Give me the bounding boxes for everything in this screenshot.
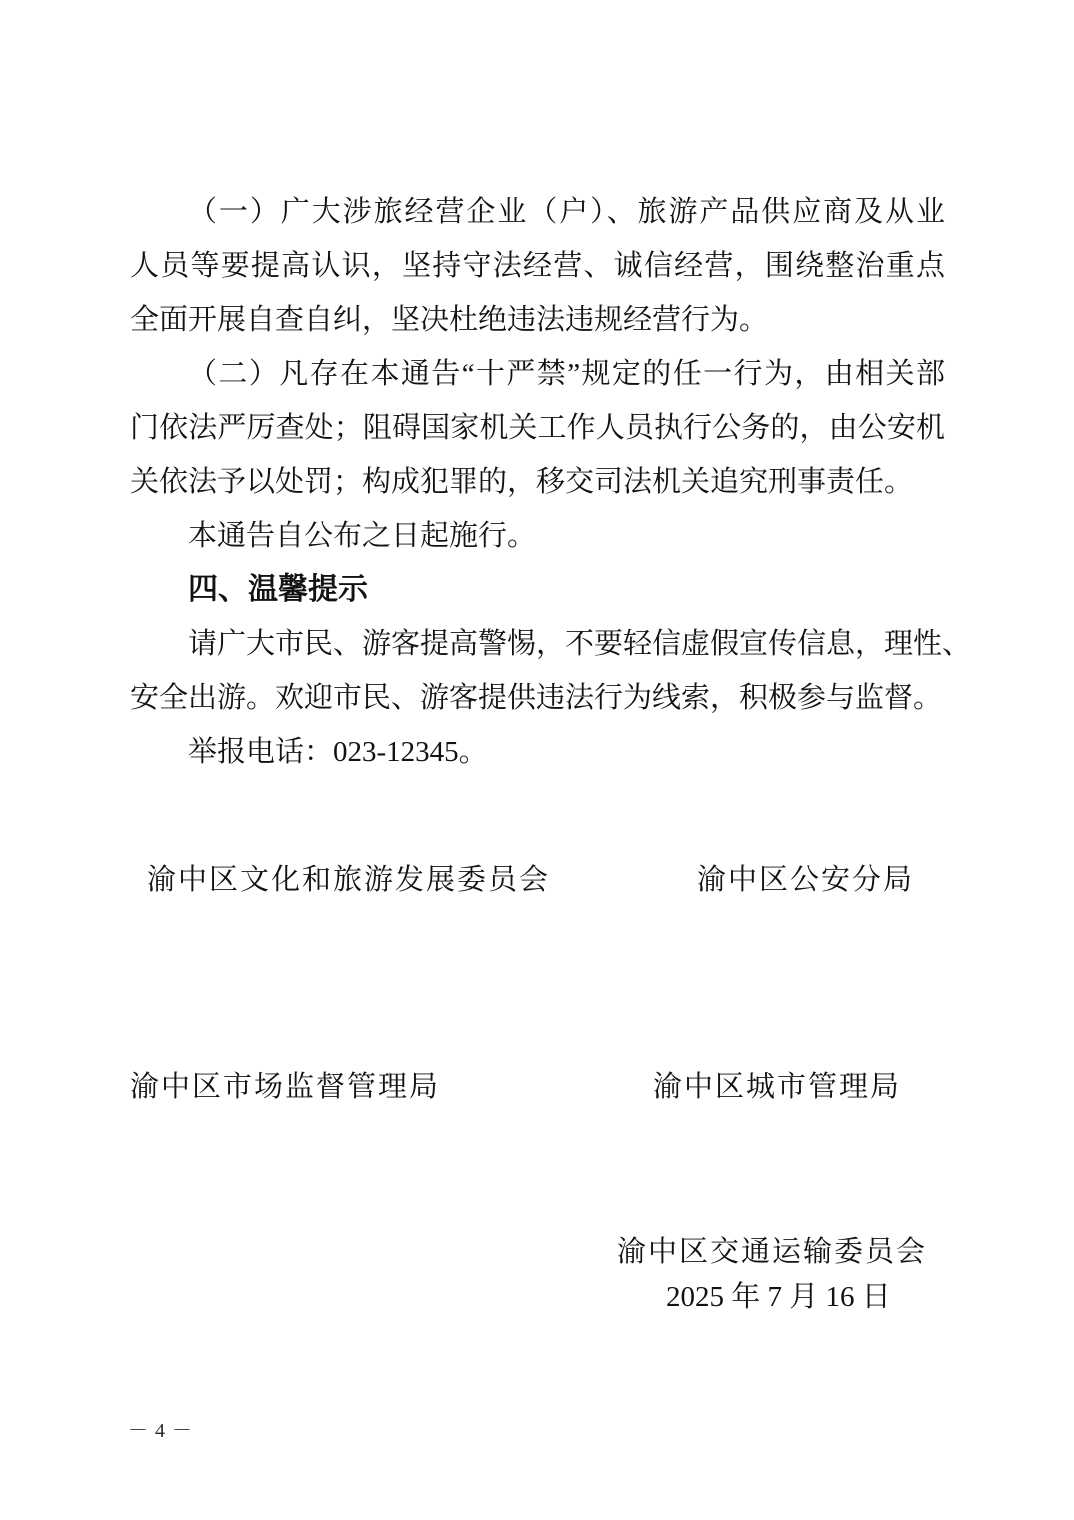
paragraph-line-10: 安全出游。欢迎市民、游客提供违法行为线索，积极参与监督。 xyxy=(130,671,945,725)
page-number: － 4 － xyxy=(128,1414,193,1443)
paragraph-line-11: 举报电话：023-12345。 xyxy=(130,725,945,779)
signature-public-security-bureau: 渝中区公安分局 xyxy=(697,857,914,898)
paragraph-line-4: （二）凡存在本通告“十严禁”规定的任一行为，由相关部 xyxy=(130,347,945,401)
paragraph-line-2: 人员等要提高认识，坚持守法经营、诚信经营，围绕整治重点 xyxy=(130,239,945,293)
issue-date: 2025 年 7 月 16 日 xyxy=(666,1274,891,1315)
issuer-transport-committee: 渝中区交通运输委员会 xyxy=(617,1229,927,1270)
section-heading: 四、温馨提示 xyxy=(130,563,945,617)
paragraph-line-9: 请广大市民、游客提高警惕，不要轻信虚假宣传信息，理性、 xyxy=(130,617,945,671)
paragraph-line-1: （一）广大涉旅经营企业（户）、旅游产品供应商及从业 xyxy=(130,185,945,239)
paragraph-line-5: 门依法严厉查处；阻碍国家机关工作人员执行公务的，由公安机 xyxy=(130,401,945,455)
document-page: （一）广大涉旅经营企业（户）、旅游产品供应商及从业 人员等要提高认识，坚持守法经… xyxy=(0,0,1074,1520)
notice-body: （一）广大涉旅经营企业（户）、旅游产品供应商及从业 人员等要提高认识，坚持守法经… xyxy=(130,185,945,779)
signature-market-regulation-bureau: 渝中区市场监督管理局 xyxy=(130,1064,440,1105)
signature-urban-management-bureau: 渝中区城市管理局 xyxy=(653,1064,901,1105)
paragraph-line-7: 本通告自公布之日起施行。 xyxy=(130,509,945,563)
paragraph-line-3: 全面开展自查自纠，坚决杜绝违法违规经营行为。 xyxy=(130,293,945,347)
signature-culture-tourism-committee: 渝中区文化和旅游发展委员会 xyxy=(147,857,550,898)
paragraph-line-6: 关依法予以处罚；构成犯罪的，移交司法机关追究刑事责任。 xyxy=(130,455,945,509)
